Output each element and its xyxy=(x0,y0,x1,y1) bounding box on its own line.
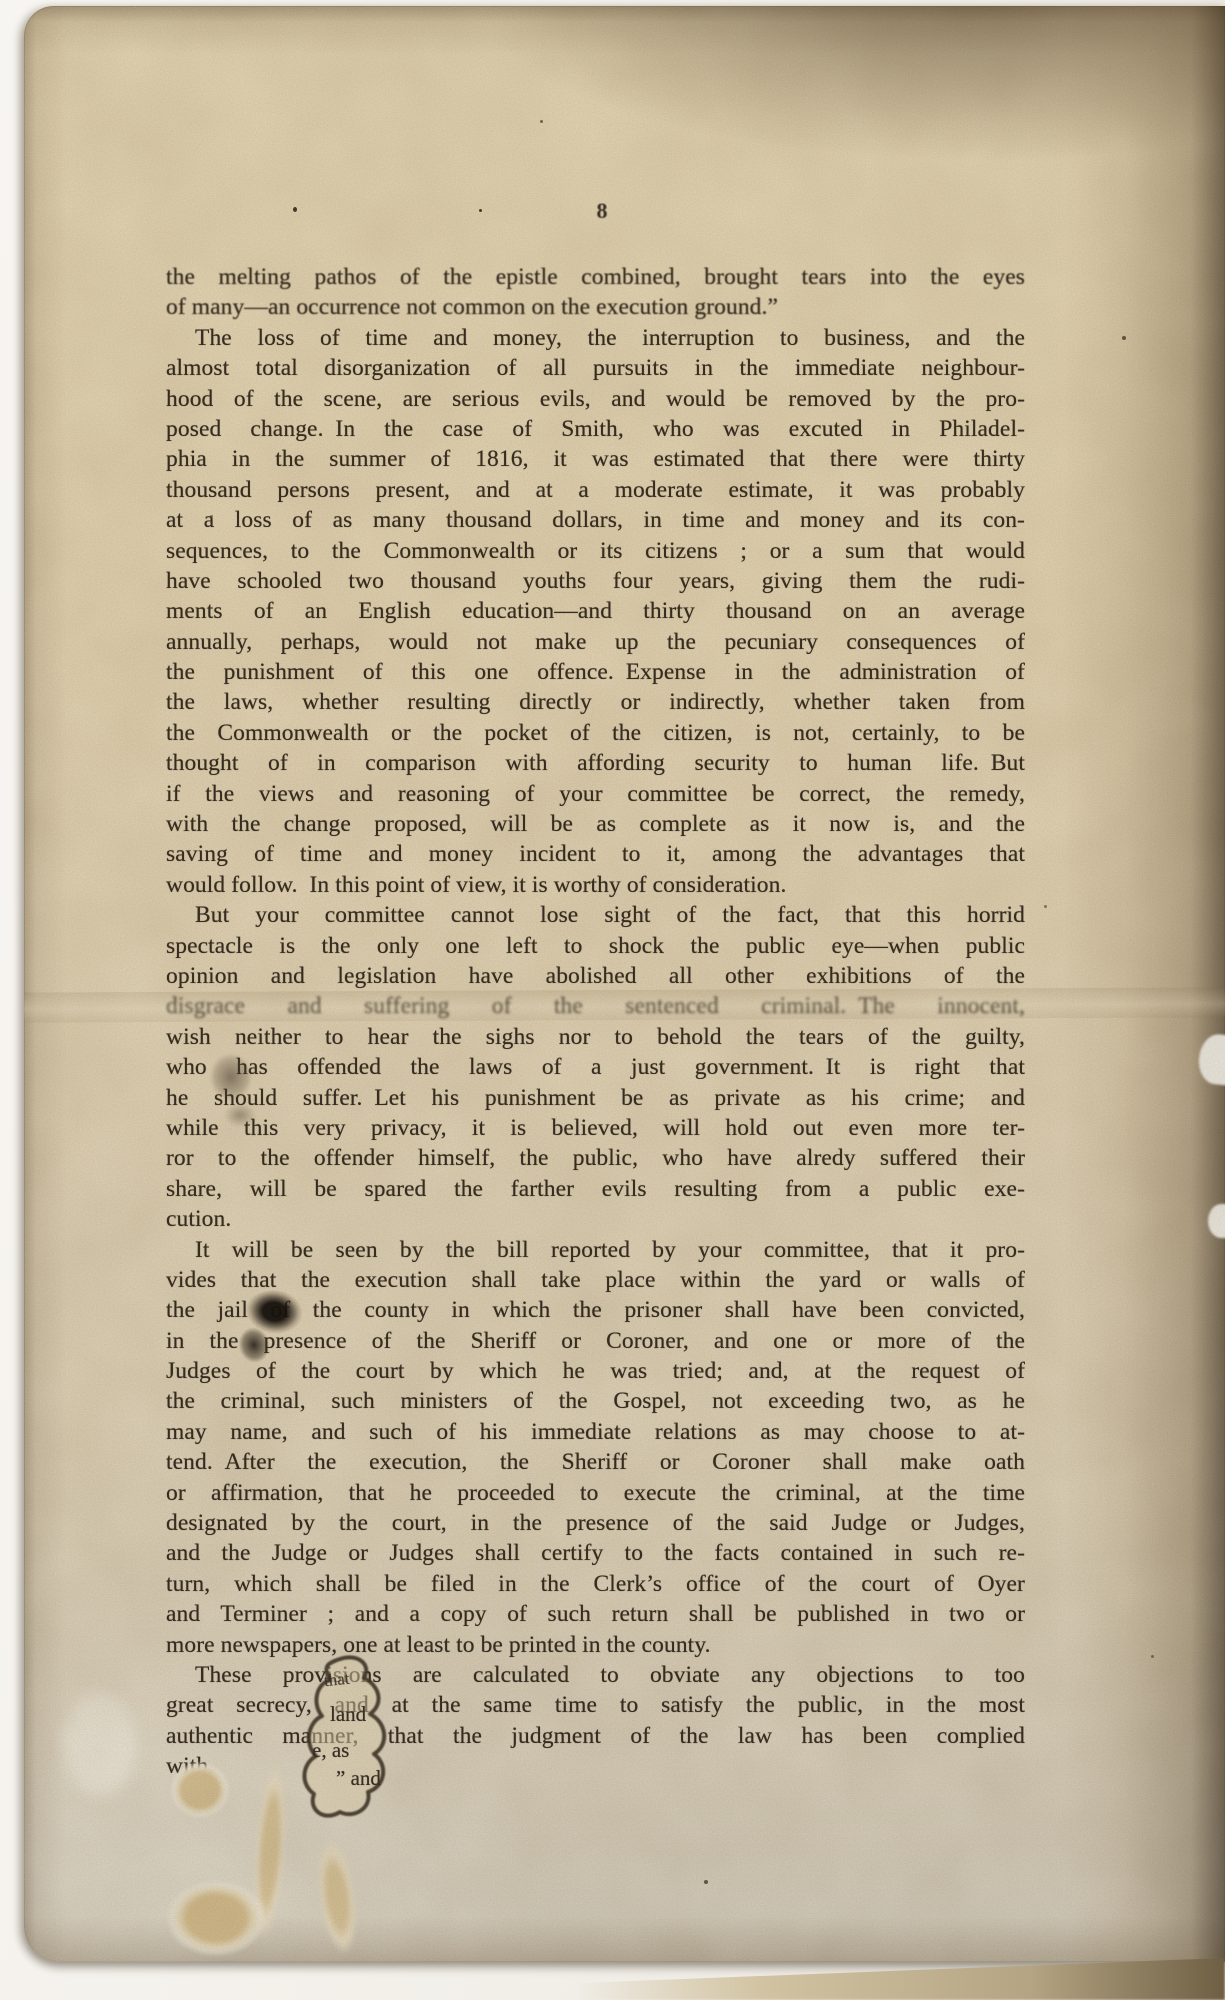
page-text: the melting pathos of the epistle combin… xyxy=(166,262,1025,1782)
paper-speck xyxy=(479,209,482,212)
text-line: authentic manner, that the judgment of t… xyxy=(166,1721,1025,1751)
text-line: the Commonwealth or the pocket of the ci… xyxy=(166,718,1025,748)
text-line: the melting pathos of the epistle combin… xyxy=(166,262,1025,292)
text-line: the criminal, such ministers of the Gosp… xyxy=(166,1386,1025,1416)
text-line: opinion and legislation have abolished a… xyxy=(166,961,1025,991)
text-line: with. xyxy=(166,1751,1025,1781)
text-line: he should suffer. Let his punishment be … xyxy=(166,1083,1025,1113)
paragraph: But your committee cannot lose sight of … xyxy=(166,900,1025,1234)
text-line: Judges of the court by which he was trie… xyxy=(166,1356,1025,1386)
paper-speck xyxy=(1122,336,1126,340)
paragraph: the melting pathos of the epistle combin… xyxy=(166,262,1025,323)
text-line: with the change proposed, will be as com… xyxy=(166,809,1025,839)
paragraph: These provisions are calculated to obvia… xyxy=(166,1660,1025,1782)
text-line: more newspapers, one at least to be prin… xyxy=(166,1630,1025,1660)
paper-speck xyxy=(210,515,213,518)
paper-speck xyxy=(704,1880,708,1884)
text-line: disgrace and suffering of the sentenced … xyxy=(166,991,1025,1021)
text-line: sequences, to the Commonwealth or its ci… xyxy=(166,536,1025,566)
torn-paper-scrap: that land e, as ” and xyxy=(302,1656,402,1821)
text-line: phia in the summer of 1816, it was estim… xyxy=(166,444,1025,474)
scrap-text-fragment: e, as xyxy=(312,1738,349,1763)
text-line: But your committee cannot lose sight of … xyxy=(166,900,1025,930)
text-line: posed change. In the case of Smith, who … xyxy=(166,414,1025,444)
text-line: the punishment of this one offence. Expe… xyxy=(166,657,1025,687)
edge-tear xyxy=(1208,1204,1225,1238)
document-page: 8 the melting pathos of the epistle comb… xyxy=(24,6,1225,1962)
scrap-text-fragment: ” and xyxy=(336,1766,381,1791)
scan-background: 8 the melting pathos of the epistle comb… xyxy=(0,0,1225,2000)
text-line: The loss of time and money, the interrup… xyxy=(166,323,1025,353)
text-line: would follow. In this point of view, it … xyxy=(166,870,1025,900)
text-line: who has offended the laws of a just gove… xyxy=(166,1052,1025,1082)
text-line: saving of time and money incident to it,… xyxy=(166,839,1025,869)
text-line: and the Judge or Judges shall certify to… xyxy=(166,1538,1025,1568)
text-line: while this very privacy, it is believed,… xyxy=(166,1113,1025,1143)
ink-smudge xyxy=(220,1100,260,1130)
text-line: almost total disorganization of all purs… xyxy=(166,353,1025,383)
text-line: may name, and such of his immediate rela… xyxy=(166,1417,1025,1447)
text-line: cution. xyxy=(166,1204,1025,1234)
text-line: great secrecy, and at the same time to s… xyxy=(166,1690,1025,1720)
text-line: thousand persons present, and at a moder… xyxy=(166,475,1025,505)
text-line: tend. After the execution, the Sheriff o… xyxy=(166,1447,1025,1477)
text-line: wish neither to hear the sighs nor to be… xyxy=(166,1022,1025,1052)
text-line: It will be seen by the bill reported by … xyxy=(166,1235,1025,1265)
page-bottom-edge xyxy=(575,1958,1225,2000)
text-line: vides that the execution shall take plac… xyxy=(166,1265,1025,1295)
text-line: or affirmation, that he proceeded to exe… xyxy=(166,1478,1025,1508)
text-line: thought of in comparison with affording … xyxy=(166,748,1025,778)
text-line: at a loss of as many thousand dollars, i… xyxy=(166,505,1025,535)
paragraph: The loss of time and money, the interrup… xyxy=(166,323,1025,900)
text-line: These provisions are calculated to obvia… xyxy=(166,1660,1025,1690)
text-line: annually, perhaps, would not make up the… xyxy=(166,627,1025,657)
text-line: spectacle is the only one left to shock … xyxy=(166,931,1025,961)
text-line: designated by the court, in the presence… xyxy=(166,1508,1025,1538)
page-number: 8 xyxy=(572,198,632,224)
edge-tear xyxy=(1196,1033,1225,1086)
text-line: and Terminer ; and a copy of such return… xyxy=(166,1599,1025,1629)
text-line: turn, which shall be filed in the Clerk’… xyxy=(166,1569,1025,1599)
text-line: of many—an occurrence not common on the … xyxy=(166,292,1025,322)
text-line: hood of the scene, are serious evils, an… xyxy=(166,384,1025,414)
paper-speck xyxy=(293,207,297,212)
text-line: ments of an English education—and thirty… xyxy=(166,596,1025,626)
paper-speck xyxy=(540,120,543,123)
water-stain xyxy=(304,1820,370,1975)
text-line: the laws, whether resulting directly or … xyxy=(166,687,1025,717)
text-line: share, will be spared the farther evils … xyxy=(166,1174,1025,1204)
scrap-text-fragment: that xyxy=(323,1669,350,1692)
text-line: if the views and reasoning of your commi… xyxy=(166,779,1025,809)
water-stain xyxy=(64,1694,136,1798)
text-line: have schooled two thousand youths four y… xyxy=(166,566,1025,596)
text-line: ror to the offender himself, the public,… xyxy=(166,1143,1025,1173)
water-stain xyxy=(156,1872,276,1964)
scrap-text-fragment: land xyxy=(330,1702,366,1727)
paper-speck xyxy=(1044,905,1047,908)
paper-speck xyxy=(1151,1655,1154,1658)
